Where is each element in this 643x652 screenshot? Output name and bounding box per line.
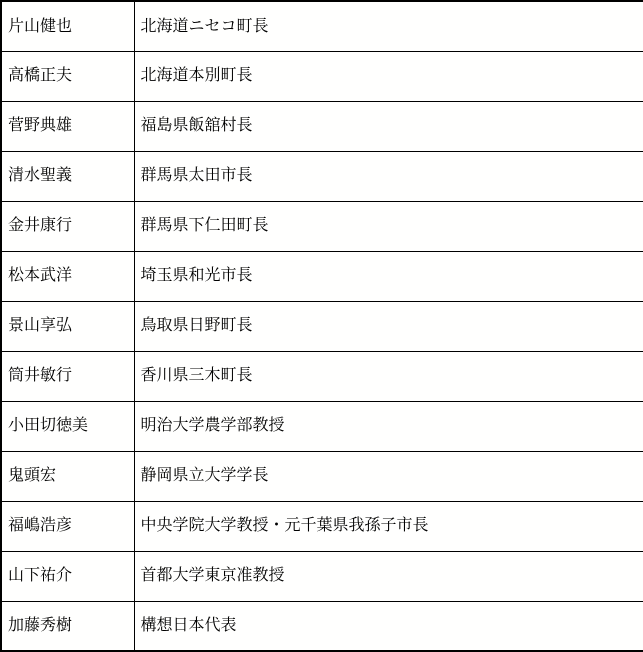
member-title-cell: 構想日本代表 [134,601,643,651]
member-title-cell: 静岡県立大学学長 [134,451,643,501]
table-row: 小田切徳美 明治大学農学部教授 [1,401,643,451]
member-name-cell: 鬼頭宏 [1,451,134,501]
table-row: 加藤秀樹 構想日本代表 [1,601,643,651]
table-row: 清水聖義 群馬県太田市長 [1,151,643,201]
table-row: 山下祐介 首都大学東京准教授 [1,551,643,601]
member-title-cell: 福島県飯舘村長 [134,101,643,151]
table-row: 高橋正夫 北海道本別町長 [1,51,643,101]
table-row: 筒井敏行 香川県三木町長 [1,351,643,401]
member-title-cell: 香川県三木町長 [134,351,643,401]
member-title-cell: 首都大学東京准教授 [134,551,643,601]
member-name-cell: 福嶋浩彦 [1,501,134,551]
member-name-cell: 菅野典雄 [1,101,134,151]
member-title-cell: 中央学院大学教授・元千葉県我孫子市長 [134,501,643,551]
table-row: 片山健也 北海道ニセコ町長 [1,1,643,51]
member-title-cell: 群馬県下仁田町長 [134,201,643,251]
table-row: 鬼頭宏 静岡県立大学学長 [1,451,643,501]
member-name-cell: 金井康行 [1,201,134,251]
table-row: 松本武洋 埼玉県和光市長 [1,251,643,301]
member-name-cell: 清水聖義 [1,151,134,201]
member-name-cell: 松本武洋 [1,251,134,301]
table-row: 金井康行 群馬県下仁田町長 [1,201,643,251]
member-title-cell: 北海道本別町長 [134,51,643,101]
member-name-cell: 高橋正夫 [1,51,134,101]
table-row: 景山享弘 鳥取県日野町長 [1,301,643,351]
member-title-cell: 群馬県太田市長 [134,151,643,201]
member-title-cell: 埼玉県和光市長 [134,251,643,301]
member-title-cell: 北海道ニセコ町長 [134,1,643,51]
member-name-cell: 景山享弘 [1,301,134,351]
member-name-cell: 加藤秀樹 [1,601,134,651]
member-name-cell: 筒井敏行 [1,351,134,401]
table-row: 福嶋浩彦 中央学院大学教授・元千葉県我孫子市長 [1,501,643,551]
member-name-cell: 山下祐介 [1,551,134,601]
member-name-cell: 小田切徳美 [1,401,134,451]
member-title-cell: 鳥取県日野町長 [134,301,643,351]
member-title-cell: 明治大学農学部教授 [134,401,643,451]
members-table-body: 片山健也 北海道ニセコ町長 高橋正夫 北海道本別町長 菅野典雄 福島県飯舘村長 … [1,1,643,651]
table-row: 菅野典雄 福島県飯舘村長 [1,101,643,151]
members-table: 片山健也 北海道ニセコ町長 高橋正夫 北海道本別町長 菅野典雄 福島県飯舘村長 … [0,0,643,652]
member-name-cell: 片山健也 [1,1,134,51]
